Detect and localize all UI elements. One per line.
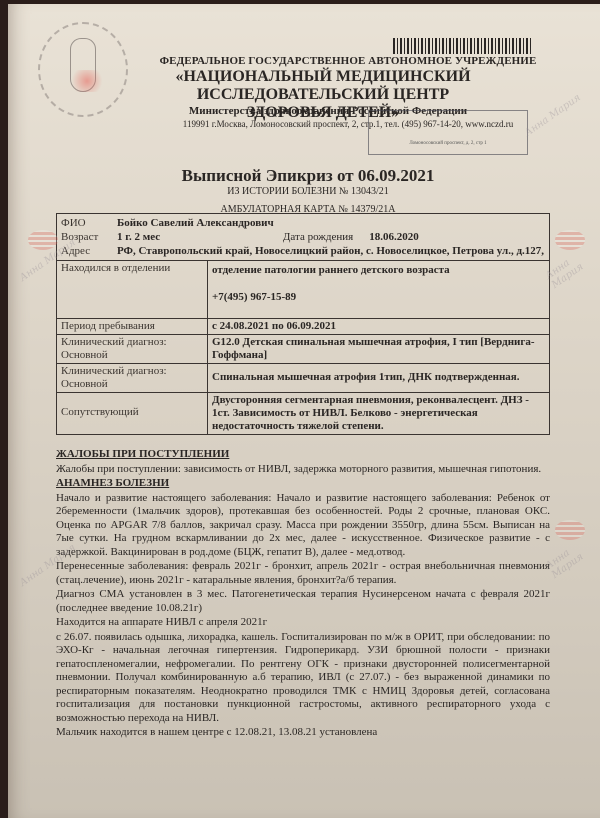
patient-block: ФИО Бойко Савелий Александрович Возраст … <box>57 214 549 260</box>
rubber-stamp: Ломоносовский проспект, д. 2, стр 1 <box>368 110 528 155</box>
diagnosis-1-label: Клинический диагноз: Основной <box>57 335 207 363</box>
anamnesis-paragraph: Мальчик находится в нашем центре с 12.08… <box>56 726 550 740</box>
diagnosis-2-label: Клинический диагноз: Основной <box>57 364 207 392</box>
fio-value: Бойко Савелий Александрович <box>117 216 545 230</box>
anamnesis-heading: АНАМНЕЗ БОЛЕЗНИ <box>56 477 550 491</box>
page-title: Выписной Эпикриз от 06.09.2021 <box>158 166 458 186</box>
anamnesis-paragraph: Диагноз СМА установлен в 3 мес. Патогене… <box>56 588 550 615</box>
diagnosis-1-value: G12.0 Детская спинальная мышечная атрофи… <box>207 335 549 363</box>
diagnosis-2-value: Спинальная мышечная атрофия 1тип, ДНК по… <box>207 364 549 392</box>
anamnesis-paragraph: с 26.07. появилась одышка, лихорадка, ка… <box>56 631 550 726</box>
org-type: ФЕДЕРАЛЬНОЕ ГОСУДАРСТВЕННОЕ АВТОНОМНОЕ У… <box>148 55 548 67</box>
address-value: РФ, Ставропольский край, Новоселицкий ра… <box>117 244 545 258</box>
dob-label: Дата рождения <box>283 231 353 243</box>
barcode-icon <box>393 38 533 54</box>
complaints-text: Жалобы при поступлении: зависимость от Н… <box>56 463 550 477</box>
period-value: с 24.08.2021 по 06.09.2021 <box>207 319 549 334</box>
phone-value: +7(495) 967-15-89 <box>212 291 545 304</box>
document-body: ЖАЛОБЫ ПРИ ПОСТУПЛЕНИИ Жалобы при поступ… <box>56 447 550 741</box>
department-label: Находился в отделении <box>57 261 207 318</box>
history-number: ИЗ ИСТОРИИ БОЛЕЗНИ № 13043/21 <box>158 186 458 197</box>
institution-logo-seal-icon <box>38 22 128 117</box>
age-value: 1 г. 2 мес <box>117 231 160 243</box>
dob-value: 18.06.2020 <box>369 231 419 243</box>
period-label: Период пребывания <box>57 319 207 334</box>
table-row-diagnosis-2: Клинический диагноз: Основной Спинальная… <box>57 363 549 392</box>
table-row-department: Находился в отделении отделение патологи… <box>57 260 549 318</box>
table-row-period: Период пребывания с 24.08.2021 по 06.09.… <box>57 318 549 334</box>
concomitant-label: Сопутствующий <box>57 393 207 434</box>
department-value: отделение патологии раннего детского воз… <box>212 264 545 277</box>
table-row-concomitant: Сопутствующий Двусторонняя сегментарная … <box>57 392 549 434</box>
anamnesis-paragraph: Начало и развитие настоящего заболевания… <box>56 492 550 560</box>
anamnesis-paragraph: Перенесенные заболевания: февраль 2021г … <box>56 560 550 587</box>
patient-info-table: ФИО Бойко Савелий Александрович Возраст … <box>56 213 550 435</box>
concomitant-value: Двусторонняя сегментарная пневмония, рек… <box>207 393 549 434</box>
watermark-hat-icon <box>28 230 58 250</box>
fio-label: ФИО <box>61 216 117 230</box>
complaints-heading: ЖАЛОБЫ ПРИ ПОСТУПЛЕНИИ <box>56 448 550 462</box>
table-row-diagnosis-1: Клинический диагноз: Основной G12.0 Детс… <box>57 334 549 363</box>
anamnesis-paragraph: Находится на аппарате НИВЛ с апреля 2021… <box>56 616 550 630</box>
